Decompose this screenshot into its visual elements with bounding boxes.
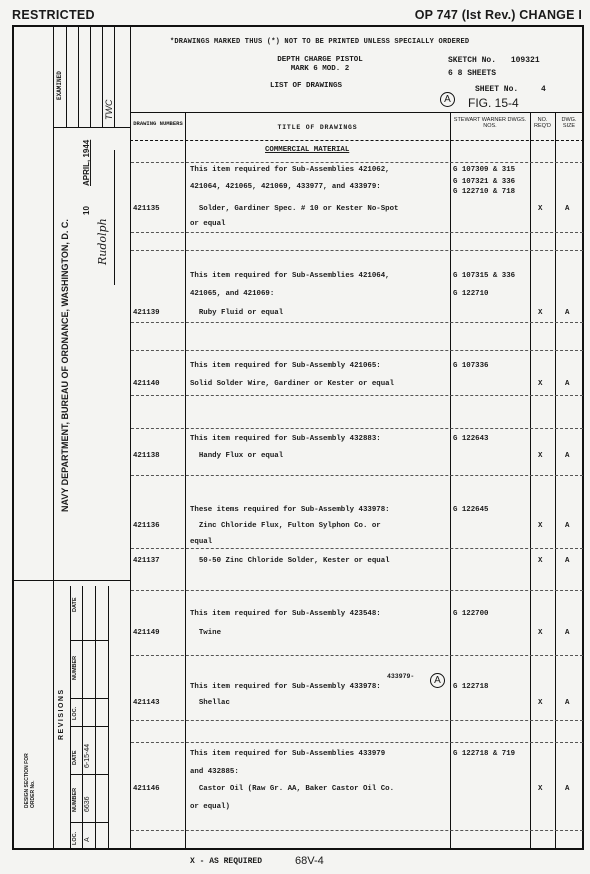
row-text: 421064, 421065, 421069, 433977, and 4339…	[190, 183, 381, 191]
revision-marker-icon: A	[430, 673, 445, 688]
row-text: or equal	[190, 220, 225, 228]
row-text: This item required for Sub-Assembly 4210…	[190, 362, 381, 370]
row-divider	[131, 655, 583, 656]
drawing-number: 421137	[133, 557, 160, 565]
strip-divider	[13, 580, 131, 581]
sheet-number: SHEET No. 4	[475, 85, 546, 94]
revisions-line	[70, 586, 71, 848]
column-divider	[530, 112, 531, 848]
row-text: Zinc Chloride Flux, Fulton Sylphon Co. o…	[190, 522, 381, 530]
row-sw: G 122710	[453, 290, 488, 298]
row-text: equal	[190, 538, 212, 546]
row-text: 50-50 Zinc Chloride Solder, Kester or eq…	[190, 557, 390, 565]
row-text: or equal)	[190, 803, 230, 811]
row-text: Shellac	[190, 699, 230, 707]
drawing-number: 421135	[133, 205, 160, 213]
row-req: X	[538, 380, 542, 388]
drawing-number: 421146	[133, 785, 160, 793]
figure-label: FIG. 15-4	[468, 96, 519, 110]
revisions-line	[70, 822, 108, 823]
row-size: A	[565, 522, 569, 530]
row-divider	[131, 322, 583, 323]
approval-date: APRIL, 1944	[82, 140, 91, 186]
row-divider	[131, 475, 583, 476]
drawing-code: 68V-4	[295, 855, 324, 867]
sheet-no-label: SHEET No.	[475, 85, 518, 94]
revision-annotation: 433979-	[387, 673, 414, 680]
row-text: This item required for Sub-Assemblies 43…	[190, 750, 385, 758]
examiner-initials: TWC	[104, 100, 114, 121]
examined-line	[114, 27, 115, 127]
row-text: This item required for Sub-Assembly 4235…	[190, 610, 381, 618]
row-divider	[131, 720, 583, 721]
rev-col-loc2: LOC.	[72, 707, 78, 720]
sheet-no-value: 4	[541, 85, 546, 94]
row-sw: G 107336	[453, 362, 488, 370]
row-sw: G 122718 & 719	[453, 750, 515, 758]
rev-col-date2: DATE	[72, 597, 78, 612]
row-text: and 432885:	[190, 768, 239, 776]
row-divider	[131, 350, 583, 351]
row-text: This item required for Sub-Assemblies 42…	[190, 166, 390, 174]
row-sw: G 122718	[453, 683, 488, 691]
row-sw: G 107309 & 315	[453, 166, 515, 174]
revisions-line	[70, 726, 108, 727]
revisions-line	[108, 586, 109, 848]
row-text: 421065, and 421069:	[190, 290, 274, 298]
strip-divider	[53, 127, 131, 128]
document-reference: OP 747 (Ist Rev.) CHANGE I	[415, 8, 582, 22]
classification-label: RESTRICTED	[12, 8, 95, 22]
row-req: X	[538, 452, 542, 460]
row-divider	[131, 250, 583, 251]
row-divider	[131, 428, 583, 429]
column-divider	[185, 112, 186, 848]
examined-line	[78, 27, 79, 127]
row-text: This item required for Sub-Assemblies 42…	[190, 272, 390, 280]
document-title: DEPTH CHARGE PISTOL MARK 6 MOD. 2	[250, 56, 390, 74]
drawing-number: 421140	[133, 380, 160, 388]
row-divider	[131, 742, 583, 743]
row-divider	[131, 830, 583, 831]
row-req: X	[538, 785, 542, 793]
row-size: A	[565, 629, 569, 637]
examined-label: EXAMINED	[56, 71, 63, 100]
rev-col-loc: LOC.	[72, 832, 78, 845]
drawing-number: 421143	[133, 699, 160, 707]
rev-col-number2: NUMBER	[72, 656, 78, 680]
printing-note: *DRAWINGS MARKED THUS (*) NOT TO BE PRIN…	[170, 38, 469, 46]
rev-loc-value: A	[84, 837, 91, 842]
row-text: Twine	[190, 629, 221, 637]
drawing-number: 421136	[133, 522, 160, 530]
row-size: A	[565, 699, 569, 707]
sheet-count: 6 8 SHEETS	[448, 69, 496, 78]
row-size: A	[565, 452, 569, 460]
col-no-reqd: NO. REQ'D	[531, 117, 554, 129]
col-dwg-size: DWG. SIZE	[556, 117, 582, 129]
design-section-label: DESIGN SECTION FOR ORDER No.	[24, 748, 36, 808]
row-req: X	[538, 699, 542, 707]
col-title: TITLE OF DRAWINGS	[190, 125, 445, 131]
rev-number-value: 6636	[84, 796, 91, 812]
approval-day: 10	[82, 206, 91, 215]
sketch-value: 109321	[511, 56, 540, 65]
signature-line	[114, 150, 115, 285]
row-divider	[131, 590, 583, 591]
row-text: Solder, Gardiner Spec. # 10 or Kester No…	[190, 205, 398, 213]
row-req: X	[538, 629, 542, 637]
sketch-label: SKETCH No.	[448, 56, 496, 65]
revisions-line	[82, 586, 83, 848]
examined-line	[66, 27, 67, 127]
revisions-line	[95, 586, 96, 848]
rev-col-number: NUMBER	[72, 788, 78, 812]
row-divider	[131, 395, 583, 396]
revisions-line	[70, 640, 108, 641]
revision-marker-icon: A	[440, 92, 455, 107]
row-text: These items required for Sub-Assembly 43…	[190, 506, 390, 514]
drawing-number: 421139	[133, 309, 160, 317]
col-stewart-warner: STEWART WARNER DWGS. NOS.	[452, 117, 528, 129]
row-text: Solid Solder Wire, Gardiner or Kester or…	[190, 380, 394, 388]
revisions-line	[70, 774, 108, 775]
revisions-title: REVISIONS	[58, 688, 65, 740]
drawing-number: 421149	[133, 629, 160, 637]
column-divider	[450, 112, 451, 848]
row-size: A	[565, 785, 569, 793]
revisions-line	[53, 580, 54, 848]
row-sw: G 122700	[453, 610, 488, 618]
row-size: A	[565, 205, 569, 213]
title-line-1: DEPTH CHARGE PISTOL	[250, 56, 390, 65]
title-line-2: MARK 6 MOD. 2	[250, 65, 390, 74]
header-row-divider	[130, 140, 584, 141]
legend-as-required: X - AS REQUIRED	[190, 857, 262, 866]
row-text: Ruby Fluid or equal	[190, 309, 283, 317]
row-sw: G 122710 & 718	[453, 188, 515, 196]
header-divider	[130, 112, 584, 113]
row-req: X	[538, 205, 542, 213]
row-text: Castor Oil (Raw Gr. AA, Baker Castor Oil…	[190, 785, 394, 793]
column-divider	[555, 112, 556, 848]
row-sw: G 122645	[453, 506, 488, 514]
row-sw: G 122643	[453, 435, 488, 443]
signature: Rudolph	[96, 218, 109, 265]
rev-col-date: DATE	[72, 750, 78, 765]
sketch-number: SKETCH No. 109321	[448, 56, 540, 65]
row-divider	[131, 162, 583, 163]
row-text: This item required for Sub-Assembly 4328…	[190, 435, 381, 443]
row-size: A	[565, 309, 569, 317]
row-size: A	[565, 557, 569, 565]
rev-date-value: 6-15-44	[84, 744, 91, 768]
row-divider	[131, 548, 583, 549]
examined-line	[90, 27, 91, 127]
row-sw: G 107321 & 336	[453, 178, 515, 186]
col-drawing-numbers: DRAWING NUMBERS	[133, 121, 183, 127]
list-label: LIST OF DRAWINGS	[270, 82, 342, 90]
row-req: X	[538, 309, 542, 317]
row-size: A	[565, 380, 569, 388]
row-req: X	[538, 557, 542, 565]
row-divider	[131, 232, 583, 233]
row-text: This item required for Sub-Assembly 4339…	[190, 683, 381, 691]
row-sw: G 107315 & 336	[453, 272, 515, 280]
examined-line	[102, 27, 103, 127]
revisions-line	[70, 698, 108, 699]
row-req: X	[538, 522, 542, 530]
drawing-number: 421138	[133, 452, 160, 460]
department-label: NAVY DEPARTMENT, BUREAU OF ORDNANCE, WAS…	[60, 219, 70, 512]
section-heading: COMMERCIAL MATERIAL	[265, 146, 349, 154]
row-text: Handy Flux or equal	[190, 452, 283, 460]
strip-divider	[130, 27, 131, 848]
